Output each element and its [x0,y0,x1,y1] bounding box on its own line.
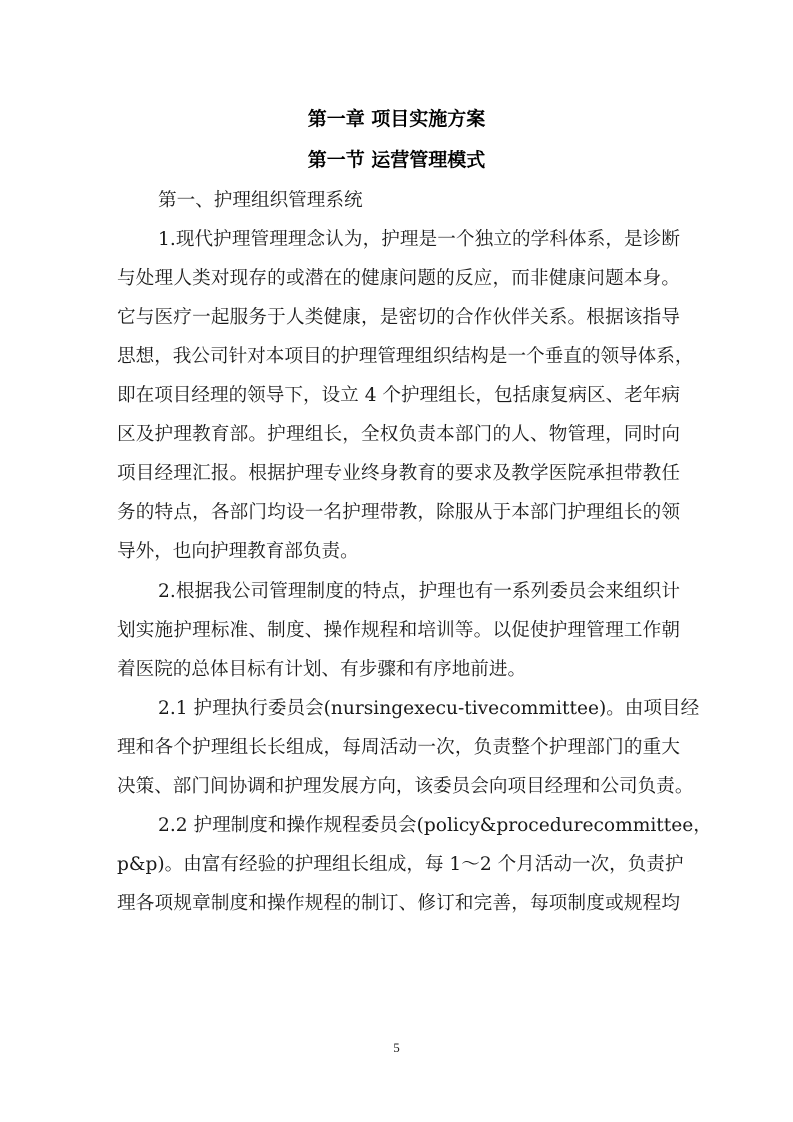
paragraph-line: p&p)。由富有经验的护理组长组成，每 1～2 个月活动一次，负责护 [117,853,680,877]
paragraph-line: 理和各个护理组长长组成，每周活动一次，负责整个护理部门的重大 [117,736,680,760]
paragraph-line: 2.1 护理执行委员会(nursingexecu-tivecommittee)。… [158,697,680,721]
paragraph-line: 1.现代护理管理理念认为，护理是一个独立的学科体系，是诊断 [158,228,680,252]
paragraph-line: 2.根据我公司管理制度的特点，护理也有一系列委员会来组织计 [158,580,680,604]
paragraph-line: 着医院的总体目标有计划、有步骤和有序地前进。 [117,658,680,682]
paragraph-line: 理各项规章制度和操作规程的制订、修订和完善，每项制度或规程均 [117,892,680,916]
page-number: 5 [0,1040,793,1056]
subsection-title: 第一、护理组织管理系统 [158,189,680,213]
chapter-title: 第一章 项目实施方案 [0,104,793,131]
paragraph-line: 区及护理教育部。护理组长，全权负责本部门的人、物管理，同时向 [117,423,680,447]
paragraph-line: 2.2 护理制度和操作规程委员会(policy&procedurecommitt… [158,814,680,838]
paragraph-line: 导外，也向护理教育部负责。 [117,540,680,564]
paragraph-line: 即在项目经理的领导下，设立 4 个护理组长，包括康复病区、老年病 [117,384,680,408]
paragraph-line: 与处理人类对现存的或潜在的健康问题的反应，而非健康问题本身。 [117,267,680,291]
paragraph-line: 项目经理汇报。根据护理专业终身教育的要求及教学医院承担带教任 [117,462,680,486]
paragraph-line: 划实施护理标准、制度、操作规程和培训等。以促使护理管理工作朝 [117,619,680,643]
paragraph-line: 思想，我公司针对本项目的护理管理组织结构是一个垂直的领导体系， [117,345,680,369]
paragraph-line: 决策、部门间协调和护理发展方向，该委员会向项目经理和公司负责。 [117,775,680,799]
section-title: 第一节 运营管理模式 [0,145,793,172]
paragraph-line: 务的特点，各部门均设一名护理带教，除服从于本部门护理组长的领 [117,501,680,525]
paragraph-line: 它与医疗一起服务于人类健康，是密切的合作伙伴关系。根据该指导 [117,306,680,330]
document-page: 第一章 项目实施方案 第一节 运营管理模式 第一、护理组织管理系统 1.现代护理… [0,0,793,1122]
